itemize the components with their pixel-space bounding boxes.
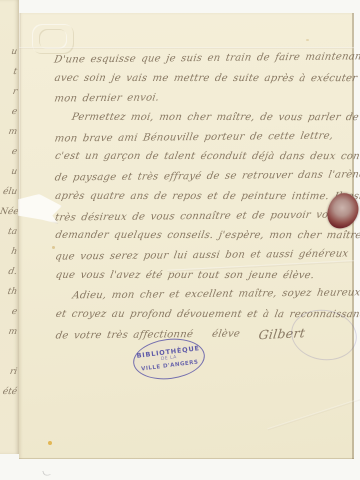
letter-line: très désireux de vous connaître et de po… [53,205,350,228]
text-fragment: élu [0,182,19,202]
pencil-mark [42,469,50,477]
text-fragment: d. [0,262,19,282]
letter-line: demander quelques conseils. j'espère, mo… [54,226,350,246]
adjacent-page-text-fragments: u t r e m e u élu Née ta h d. th e m ri … [0,42,19,402]
adjacent-page-edge: u t r e m e u élu Née ta h d. th e m ri … [0,0,19,454]
text-fragment: m [0,322,19,342]
letter-line: après quatre ans de repos et de peinture… [53,187,349,207]
letter-line: que vous serez pour lui aussi bon et aus… [54,244,351,267]
text-fragment: ta [0,222,19,242]
handwritten-text: D'une esquisse que je suis en train de f… [54,48,349,345]
text-fragment [0,342,19,362]
foxing-spot [52,246,55,249]
letter-line: mon brave ami Bénouville porteur de cett… [53,126,350,149]
text-fragment: t [0,62,19,82]
scanned-letter-page: u t r e m e u élu Née ta h d. th e m ri … [0,0,360,480]
text-fragment: m [0,122,19,142]
closing-word: élève [210,324,241,344]
fold-crease [267,394,360,431]
fold-crease [19,53,21,207]
text-fragment: h [0,242,19,262]
text-fragment: été [0,382,19,402]
text-fragment: e [0,142,19,162]
letter-line: c'est un garçon de talent éconduit déjà … [53,147,349,167]
letter-line: mon dernier envoi. [53,87,350,110]
text-fragment: r [0,82,19,102]
letter-line: avec soin je vais me mettre de suite apr… [53,69,349,89]
text-fragment: e [0,102,19,122]
letter-page: D'une esquisse que je suis en train de f… [19,13,354,459]
letter-line: D'une esquisse que je suis en train de f… [53,47,350,70]
text-fragment: e [0,302,19,322]
text-fragment: th [0,282,19,302]
text-fragment: u [0,162,19,182]
text-fragment: u [0,42,19,62]
letter-line: Adieu, mon cher et excellent maître, soy… [54,284,351,307]
letter-line: que vous l'avez été pour tout son jeune … [54,265,350,285]
foxing-spot [48,441,52,445]
text-fragment: ri [0,362,19,382]
letter-line: de paysage et très effrayé de se retrouv… [53,166,350,189]
text-fragment: Née [0,202,19,222]
foxing-spot [306,39,309,41]
letter-line: Permettez moi, mon cher maître, de vous … [53,108,349,128]
